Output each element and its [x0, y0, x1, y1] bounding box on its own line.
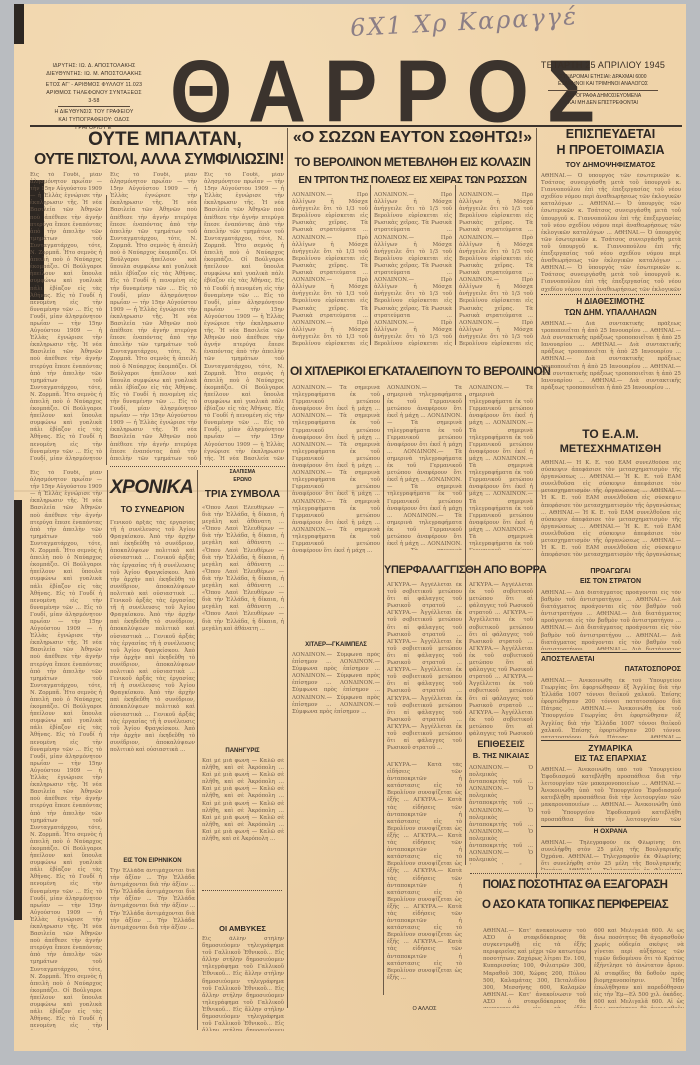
right-headline-2b: ΤΩΝ ΔΗΜ. ΥΠΑΛΛΗΛΩΝ [538, 309, 683, 317]
section-divider [541, 294, 681, 295]
hitlerikoi-text-col-1: ΛΟΝΔΙΝΟΝ.— Τὰ σημερινὰ τηλεγραφήματα ἐκ … [292, 385, 380, 565]
right-headline-3a: ΤΟ Ε.Α.Μ. [538, 428, 683, 440]
epitheseis-text: ΛΟΝΔΙΝΟΝ.— Ὁ πολεμικὸς ἀνταποκριτὴς τοῦ … [469, 765, 533, 865]
hitlerikoi-text-col-3: ΛΟΝΔΙΝΟΝ.— Τὰ σημερινὰ τηλεγραφήματα ἐκ … [469, 385, 533, 550]
section-divider [202, 890, 282, 891]
left-article-col-1: Εἰς τὸ Γουδί, μίαν ἀλησμόνητον πρωΐαν — … [30, 172, 102, 462]
column-divider [107, 470, 108, 1030]
panigysis-text: Καὶ μὲ μιὰ φωνή — Καλῶ σὲ πλῆθη, καὶ σὲ … [202, 758, 284, 898]
torn-edge [14, 500, 22, 920]
hitlerikoi-text-col-2: ΛΟΝΔΙΝΟΝ.— Τὰ σημερινὰ τηλεγραφήματα ἐκ … [387, 385, 462, 550]
right-headline-6b: ΕΙΣ ΤΑΣ ΕΠΑΡΧΙΑΣ [538, 755, 683, 763]
manuscripts-line-2: ΚΑΙ ΜΗ ΔΕΝ ΕΠΙΣΤΡΕΦΟΝΤΑΙ [528, 100, 678, 107]
eirhniko-text: Τὴν Ἑλλάδα ἀντιμάχονται διὰ τὴν ἀξίαν ..… [110, 868, 195, 1018]
founder-line: ΙΔΡΥΤΗΣ: ΙΩ. Δ. ΑΠΟΣΤΟΛΑΚΗΣ [44, 62, 144, 70]
center-text-col-1: ΛΟΝΔΙΝΟΝ.— Πρὸ ἀλλίγων ἡ Μόσχα ἀνήγγειλε… [292, 192, 368, 347]
center-text-col-2: ΛΟΝΔΙΝΟΝ.— Πρὸ ἀλλίγων ἡ Μόσχα ἀνήγγειλε… [374, 192, 452, 347]
column-divider [197, 470, 198, 1030]
right-headline-1b: Η ΠΡΟΕΤΟΙΜΑΣΙΑ [538, 144, 683, 157]
column-divider [287, 128, 288, 1008]
amvykes-headline: ΟΙ ΑΜΒΥΚΕΣ [200, 925, 285, 933]
right-headline-1a: ΕΠΙΣΠΕΥΔΕΤΑΙ [538, 128, 683, 141]
issue-line: ΕΤΟΣ ΑΓ' - ΑΡΙΘΜΟΣ ΦΥΛΛΟΥ 11.023 [44, 81, 144, 89]
center-headline-3: ΕΝ ΤΡΙΤΟΝ ΤΗΣ ΠΟΛΕΩΣ ΕΙΣ ΧΕΙΡΑΣ ΤΩΝ ΡΩΣΣ… [290, 176, 535, 186]
hitler-gkampels-text: ΛΟΝΔΙΝΟΝ.— Σύμφωνα πρὸς ἐπίσημον ... ΛΟΝ… [292, 652, 380, 1002]
right-article-4-text: ΑΘΗΝΑΙ.— Διὰ διατάγματος προάγονται εἰς … [541, 590, 681, 650]
chronika-section-title: ΧΡΟΝΙΚΑ [110, 478, 175, 497]
column-divider [383, 395, 384, 995]
right-article-2-text: ΑΘΗΝΑΙ.— Διὰ συντακτικῆς πράξεως τροποπο… [541, 321, 681, 421]
aso-headline-1: ΠΟΙΑΣ ΠΟΣΟΤΗΤΑΣ ΘΑ ΕΞΑΓΟΡΑΣΗ [466, 880, 684, 892]
eirhniko-headline: ΕΙΣ ΤΟΝ ΕΙΡΗΝΙΚΟΝ [110, 858, 195, 864]
tria-symvola-kicker: ΣΑΛΠΙΣΜΑ [200, 470, 285, 475]
right-headline-4a: ΠΡΟΑΓΩΓΑΙ [538, 568, 683, 575]
subscription-line-2: ΕΞΑΜΗΝΟΙ ΚΑΙ ΤΡΙΜΗΝΟΙ ΑΝΑΛΟΓΩΣ [528, 81, 678, 88]
right-article-3-text: ΑΘΗΝΑΙ.— Ἡ Κ. Ε. τοῦ ΕΑΜ συνελθοῦσα εἰς … [541, 460, 681, 560]
masthead-left-info: ΙΔΡΥΤΗΣ: ΙΩ. Δ. ΑΠΟΣΤΟΛΑΚΗΣ ΔΙΕΥΘΥΝΤΗΣ: … [44, 62, 144, 132]
manuscripts-line: ΧΕΙΡΟΓΡΑΦΑ ΔΗΜΟΣΙΕΥΟΜΕΝΑ [528, 93, 678, 100]
hitler-gkampels-headline: ΧΙΤΛΕΡ—ΓΚΑΙΜΠΕΛΣ [292, 642, 380, 648]
yperfalaggisi-headline: ΥΠΕΡΦΑΛΑΓΓΙΣΘΗ ΑΠΟ ΒΟΡΡΑ [384, 565, 534, 576]
panigysis-headline: ΠΑΝΗΓΥΡΙΣ [200, 748, 285, 754]
agkyra-text: ΑΓΚΥΡΑ.— Κατὰ τὰς εἰδήσεις τῶν ἀνταποκρι… [387, 762, 462, 1007]
aso-headline-2: Ο ΑΣΟ ΚΑΤΑ ΤΟΠΙΚΑΣ ΠΕΡΙΦΕΡΕΙΑΣ [466, 900, 684, 912]
tria-symvola-text: «Ὅπου Λαοὶ Ἑλευθέρων — διὰ τὴν Ἑλλάδα, ἡ… [202, 505, 284, 745]
right-headline-1c: ΤΟΥ ΔΗΜΟΨΗΦΙΣΜΑΤΟΣ [538, 161, 683, 169]
section-divider [470, 873, 682, 874]
left-article-col-3: Εἰς τὸ Γουδί, μίαν ἀλησμόνητον πρωΐαν — … [204, 172, 284, 462]
center-headline-2: ΤΟ ΒΕΡΟΛΙΝΟΝ ΜΕΤΕΒΛΗΘΗ ΕΙΣ ΚΟΛΑΣΙΝ [290, 156, 535, 168]
column-divider [536, 128, 537, 878]
aso-text-col-2: 600 καὶ Μελιγαλᾶ 600. Αἱ ὡς ἄνω ποσότητε… [594, 928, 684, 1008]
right-article-5-text: ΑΘΗΝΑΙ.— Ἀνεκοινώθη ἐκ τοῦ Ὑπουργείου Γε… [541, 678, 681, 738]
section-divider [541, 826, 681, 827]
tria-symvola-kicker-2: ΕΡΩΝΟ [200, 478, 285, 483]
right-headline-5b: ΠΑΤΑΤΟΣΠΟΡΟΣ [541, 666, 681, 673]
right-headline-2a: Η ΔΙΑΘΕΣΙΜΟΤΗΣ [538, 298, 683, 306]
address-line-1: Η ΔΙΕΥΘΥΝΣΙΣ ΤΟΥ ΓΡΑΦΕΙΟΥ [44, 108, 144, 116]
left-headline-1: ΟΥΤΕ ΜΠΑΛΤΑΝ, [50, 130, 280, 149]
column-divider [455, 185, 456, 345]
masthead-right-info: ΤΕΤΑΡΤΗ 25 ΑΠΡΙΛΙΟΥ 1945 ΣΥΝΔΡΟΜΑΙ ΕΤΗΣΙ… [528, 60, 678, 107]
right-headline-5a: ΑΠΟΣΤΕΛΛΕΤΑΙ [541, 656, 681, 663]
yperfalaggisi-text-col-2: ΑΓΚΥΡΑ.— Ἀγγέλλεται ἐκ τοῦ σοβιετικοῦ με… [469, 582, 533, 737]
phone-line: ΑΡΙΘΜΟΣ ΤΗΛΕΦΩΝΟΥ ΣΥΝΤΑΞΕΩΣ 3-58 [44, 89, 144, 105]
right-headline-4b: ΕΙΣ ΤΟΝ ΣΤΡΑΤΟΝ [538, 578, 683, 585]
column-divider [465, 395, 466, 865]
subscription-line: ΣΥΝΔΡΟΜΑΙ ΕΤΗΣΙΑΙ: ΔΡΑΧΜΑΙ 6000 [528, 74, 678, 81]
right-article-1-text: ΑΘΗΝΑΙ.— Ὁ ὑπουργὸς τῶν ἐσωτερικῶν κ. Τσ… [541, 173, 681, 293]
signature: Ο ΑΛΛΟΣ [387, 1007, 462, 1013]
yperfalaggisi-text-col-1: ΑΓΚΥΡΑ.— Ἀγγέλλεται ἐκ τοῦ σοβιετικοῦ με… [387, 582, 462, 757]
amvykes-text: Εἰς ἄλλην στήλην δημοσιεύομεν τηλεγράφημ… [202, 936, 284, 1031]
center-headline-1: «Ο ΣΩΖΩΝ ΕΑΥΤΟΝ ΣΩΘΗΤΩ!» [290, 130, 535, 146]
left-headline-2: ΟΥΤΕ ΠΙΣΤΟΛΙ, ΑΛΛΑ ΣΥΜΦΙΛΙΩΣΙΝ! [30, 152, 288, 168]
right-headline-6a: ΖΥΜΑΡΙΚΑ [538, 744, 683, 753]
tria-symvola-headline: ΤΡΙΑ ΣΥΜΒΟΛΑ [200, 490, 285, 500]
right-headline-3b: ΜΕΤΕΣΧΗΜΑΤΙΣΘΗ [538, 444, 683, 455]
left-article-continued: Εἰς τὸ Γουδί, μίαν ἀλησμόνητον πρωΐαν — … [30, 470, 102, 1030]
torn-edge [14, 4, 24, 44]
right-headline-7: Η ΟΧΡΑΝΑ [538, 829, 683, 836]
chronika-text: Γενικοῦ ἀρξάς τὰς ἐργασίας τῆ ἡ συνέλευσ… [110, 520, 195, 810]
epitheseis-headline-2: Β. ΤΗΣ ΝΙΚΑΙΑΣ [466, 752, 536, 760]
column-divider [370, 185, 371, 345]
left-article-col-2: Εἰς τὸ Γουδί, μίαν ἀλησμόνητον πρωΐαν — … [110, 172, 197, 462]
epitheseis-headline-1: ΕΠΙΘΕΣΕΙΣ [466, 740, 536, 749]
section-divider [541, 740, 681, 741]
section-divider [541, 652, 681, 653]
right-article-7-text: ΑΘΗΝΑΙ.— Τηλεγραφοῦν ἐκ Φλωρίνης ὅτι συν… [541, 840, 681, 870]
hitlerikoi-headline: ΟΙ ΧΙΤΛΕΡΙΚΟΙ ΕΓΚΑΤΑΛΕΙΠΟΥΝ ΤΟ ΒΕΡΟΛΙΝΟΝ [290, 365, 535, 377]
aso-text-col-1: ΑΘΗΝΑΙ.— Κατ' ἀνακοίνωσιν τοῦ ΑΣΟ ὁ σταφ… [483, 928, 586, 1008]
column-divider [200, 195, 201, 465]
section-divider [110, 466, 285, 467]
director-line: ΔΙΕΥΘΥΝΤΗΣ: ΙΩ. Μ. ΑΠΟΣΤΟΛΑΚΗΣ [44, 70, 144, 78]
right-article-6-text: ΑΘΗΝΑΙ.— Ἀνεκοινώθη ὑπὸ τοῦ Ὑπουργείου Ἐ… [541, 767, 681, 823]
column-divider [590, 940, 591, 1010]
center-text-col-3: ΛΟΝΔΙΝΟΝ.— Πρὸ ἀλλίγων ἡ Μόσχα ἀνήγγειλε… [459, 192, 533, 347]
chronika-headline: ΤΟ ΣΥΝΕΔΡΙΟΝ [110, 505, 195, 514]
issue-date: ΤΕΤΑΡΤΗ 25 ΑΠΡΙΛΙΟΥ 1945 [528, 60, 678, 70]
column-divider [106, 195, 107, 465]
